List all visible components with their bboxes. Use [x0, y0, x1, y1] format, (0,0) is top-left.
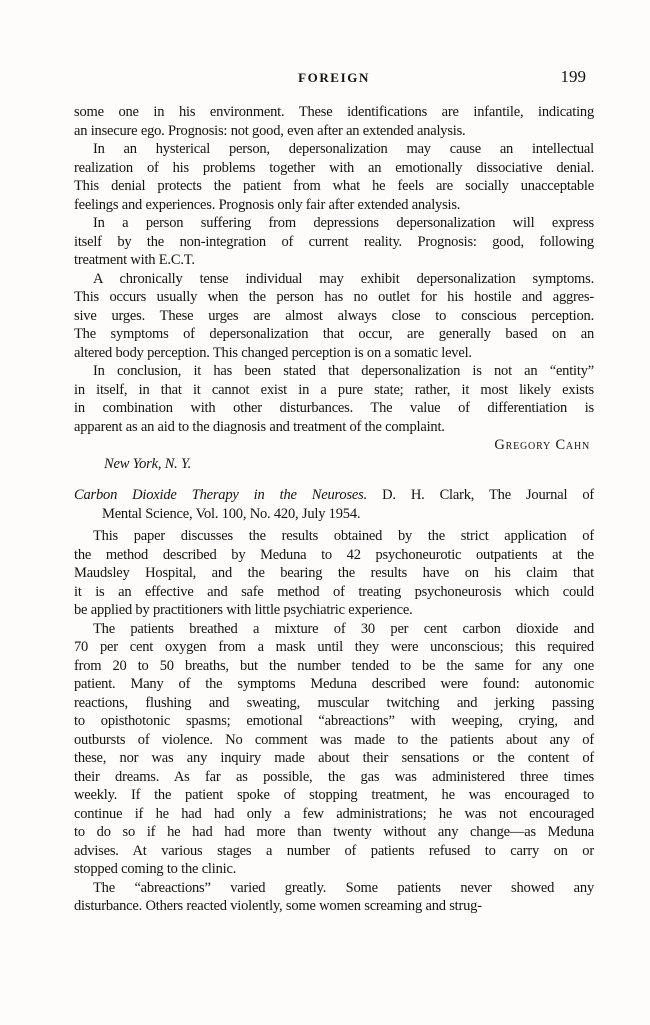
reviewer-signature: Gregory Cahn: [74, 436, 594, 455]
text-block: some one in his environment. These ident…: [74, 103, 594, 916]
text-line: sive urges. These urges are almost alway…: [74, 307, 594, 326]
text-line: patient. Many of the symptoms Meduna des…: [74, 675, 594, 694]
text-line: the method described by Meduna to 42 psy…: [74, 546, 594, 565]
text-line: A chronically tense individual may exhib…: [74, 270, 594, 289]
citation-line-1: Carbon Dioxide Therapy in the Neuroses. …: [74, 486, 594, 505]
text-line: stopped coming to the clinic.: [74, 860, 594, 879]
article-title: Carbon Dioxide Therapy in the Neuroses.: [74, 487, 367, 503]
text-line: advises. At various stages a number of p…: [74, 842, 594, 861]
text-line: feelings and experiences. Prognosis only…: [74, 196, 594, 215]
running-head: FOREIGN 199: [74, 67, 594, 87]
text-line: in itself, in that it cannot exist in a …: [74, 381, 594, 400]
text-line: an insecure ego. Prognosis: not good, ev…: [74, 122, 594, 141]
citation-authors-journal: D. H. Clark, The Journal of: [367, 487, 594, 503]
text-line: The “abreactions” varied greatly. Some p…: [74, 879, 594, 898]
text-line: to opisthotonic spasms; emotional “abrea…: [74, 712, 594, 731]
text-line: The patients breathed a mixture of 30 pe…: [74, 620, 594, 639]
text-line: reactions, flushing and sweating, muscul…: [74, 694, 594, 713]
text-line: This paper discusses the results obtaine…: [74, 527, 594, 546]
reviewer-location: New York, N. Y.: [74, 455, 594, 474]
text-line: weekly. If the patient spoke of stopping…: [74, 786, 594, 805]
text-line: The symptoms of depersonalization that o…: [74, 325, 594, 344]
journal-page: FOREIGN 199 some one in his environment.…: [0, 0, 650, 1025]
citation-line-2: Mental Science, Vol. 100, No. 420, July …: [74, 505, 594, 524]
text-line: Maudsley Hospital, and the bearing the r…: [74, 564, 594, 583]
citation-heading: Carbon Dioxide Therapy in the Neuroses. …: [74, 486, 594, 523]
text-line: In an hysterical person, depersonalizati…: [74, 140, 594, 159]
page-number: 199: [561, 67, 587, 87]
text-line: it is an effective and safe method of tr…: [74, 583, 594, 602]
text-line: these, nor was any inquiry made about th…: [74, 749, 594, 768]
text-line: In a person suffering from depressions d…: [74, 214, 594, 233]
text-line: This denial protects the patient from wh…: [74, 177, 594, 196]
text-line: to do so if he had had more than twenty …: [74, 823, 594, 842]
text-line: in combination with other disturbances. …: [74, 399, 594, 418]
text-line: some one in his environment. These ident…: [74, 103, 594, 122]
text-line: from 20 to 50 breaths, but the number te…: [74, 657, 594, 676]
text-line: apparent as an aid to the diagnosis and …: [74, 418, 594, 437]
text-line: 70 per cent oxygen from a mask until the…: [74, 638, 594, 657]
review-depersonalization-body: some one in his environment. These ident…: [74, 103, 594, 436]
text-line: treatment with E.C.T.: [74, 251, 594, 270]
text-line: itself by the non-integration of current…: [74, 233, 594, 252]
text-line: In conclusion, it has been stated that d…: [74, 362, 594, 381]
review-carbon-dioxide-body: This paper discusses the results obtaine…: [74, 527, 594, 916]
text-line: This occurs usually when the person has …: [74, 288, 594, 307]
text-line: their dreams. As far as possible, the ga…: [74, 768, 594, 787]
review-carbon-dioxide: Carbon Dioxide Therapy in the Neuroses. …: [74, 486, 594, 916]
text-line: altered body perception. This changed pe…: [74, 344, 594, 363]
text-line: continue if he had had only a few admini…: [74, 805, 594, 824]
text-line: realization of his problems together wit…: [74, 159, 594, 178]
text-line: outbursts of violence. No comment was ma…: [74, 731, 594, 750]
text-line: disturbance. Others reacted violently, s…: [74, 897, 594, 916]
review-depersonalization: some one in his environment. These ident…: [74, 103, 594, 473]
running-title: FOREIGN: [74, 67, 594, 86]
text-line: be applied by practitioners with little …: [74, 601, 594, 620]
